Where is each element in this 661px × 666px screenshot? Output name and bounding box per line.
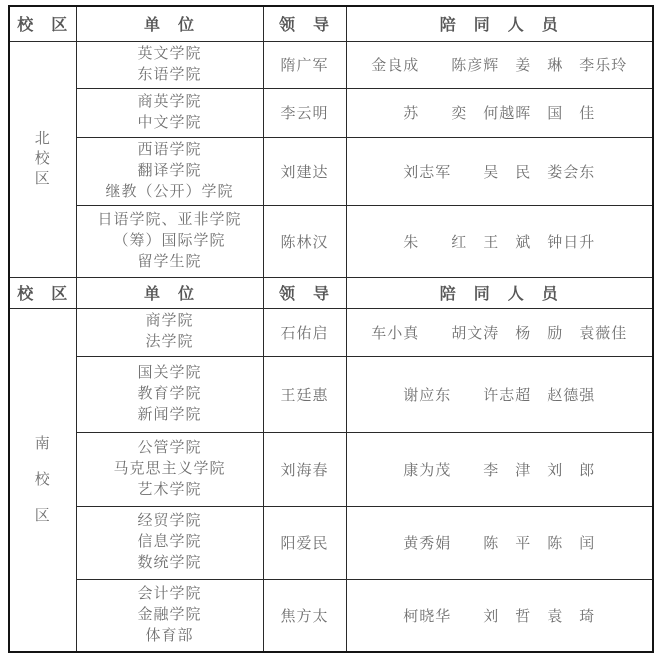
unit-line: 会计学院 <box>77 584 263 605</box>
document-page: 校 区 单 位 领 导 陪 同 人 员 北 校 区 英文学院 东语学院 <box>0 0 661 666</box>
attendants-cell: 谢应东 许志超 赵德强 <box>346 356 653 432</box>
table-row: 国关学院 教育学院 新闻学院 王廷惠 谢应东 许志超 赵德强 <box>9 356 653 432</box>
unit-line: 体育部 <box>77 626 263 647</box>
campus-vertical-label: 北 校 区 <box>10 129 76 189</box>
attendants-cell: 车小真 胡文涛 杨 励 袁薇佳 <box>346 308 653 356</box>
attendants-cell: 金良成 陈彦辉 姜 琳 李乐玲 <box>346 41 653 88</box>
unit-cell: 公管学院 马克思主义学院 艺术学院 <box>76 432 263 506</box>
campus-cell-south: 南 校 区 <box>9 308 76 652</box>
unit-line: 日语学院、亚非学院 <box>77 210 263 231</box>
unit-line: 数统学院 <box>77 553 263 574</box>
unit-cell: 商英学院 中文学院 <box>76 88 263 137</box>
header-campus: 校 区 <box>9 6 76 41</box>
header-row-south: 校 区 单 位 领 导 陪 同 人 员 <box>9 277 653 308</box>
unit-line: 新闻学院 <box>77 405 263 426</box>
attendants-cell: 柯晓华 刘 哲 袁 琦 <box>346 579 653 652</box>
unit-cell: 英文学院 东语学院 <box>76 41 263 88</box>
header-unit: 单 位 <box>76 277 263 308</box>
unit-line: 东语学院 <box>77 65 263 86</box>
table-row: 南 校 区 商学院 法学院 石佑启 车小真 胡文涛 杨 励 袁薇佳 <box>9 308 653 356</box>
table-row: 会计学院 金融学院 体育部 焦方太 柯晓华 刘 哲 袁 琦 <box>9 579 653 652</box>
leader-cell: 王廷惠 <box>263 356 346 432</box>
header-attendants: 陪 同 人 员 <box>346 277 653 308</box>
table-row: 日语学院、亚非学院 （筹）国际学院 留学生院 陈林汉 朱 红 王 斌 钟日升 <box>9 205 653 277</box>
unit-cell: 国关学院 教育学院 新闻学院 <box>76 356 263 432</box>
attendants-cell: 苏 奕 何越晖 国 佳 <box>346 88 653 137</box>
unit-line: 留学生院 <box>77 252 263 273</box>
unit-line: 西语学院 <box>77 140 263 161</box>
campus-vertical-label: 南 校 区 <box>10 426 76 534</box>
table-row: 西语学院 翻译学院 继教（公开）学院 刘建达 刘志军 吴 民 娄会东 <box>9 137 653 205</box>
unit-line: 翻译学院 <box>77 161 263 182</box>
campus-visit-schedule-table: 校 区 单 位 领 导 陪 同 人 员 北 校 区 英文学院 东语学院 <box>8 5 654 653</box>
header-attendants: 陪 同 人 员 <box>346 6 653 41</box>
header-campus: 校 区 <box>9 277 76 308</box>
table-row: 北 校 区 英文学院 东语学院 隋广军 金良成 陈彦辉 姜 琳 李乐玲 <box>9 41 653 88</box>
unit-line: 信息学院 <box>77 532 263 553</box>
leader-cell: 陈林汉 <box>263 205 346 277</box>
unit-cell: 日语学院、亚非学院 （筹）国际学院 留学生院 <box>76 205 263 277</box>
unit-line: 金融学院 <box>77 605 263 626</box>
leader-cell: 石佑启 <box>263 308 346 356</box>
unit-cell: 会计学院 金融学院 体育部 <box>76 579 263 652</box>
unit-line: 经贸学院 <box>77 511 263 532</box>
unit-line: 商学院 <box>77 311 263 332</box>
table-row: 公管学院 马克思主义学院 艺术学院 刘海春 康为茂 李 津 刘 郎 <box>9 432 653 506</box>
attendants-cell: 刘志军 吴 民 娄会东 <box>346 137 653 205</box>
unit-cell: 经贸学院 信息学院 数统学院 <box>76 506 263 579</box>
unit-line: 艺术学院 <box>77 480 263 501</box>
unit-line: 马克思主义学院 <box>77 459 263 480</box>
table-row: 经贸学院 信息学院 数统学院 阳爱民 黄秀娟 陈 平 陈 闰 <box>9 506 653 579</box>
leader-cell: 刘建达 <box>263 137 346 205</box>
leader-cell: 焦方太 <box>263 579 346 652</box>
attendants-cell: 朱 红 王 斌 钟日升 <box>346 205 653 277</box>
header-unit: 单 位 <box>76 6 263 41</box>
leader-cell: 李云明 <box>263 88 346 137</box>
unit-line: 国关学院 <box>77 363 263 384</box>
header-leader: 领 导 <box>263 277 346 308</box>
unit-line: 商英学院 <box>77 92 263 113</box>
unit-line: 继教（公开）学院 <box>77 182 263 203</box>
attendants-cell: 康为茂 李 津 刘 郎 <box>346 432 653 506</box>
unit-line: 教育学院 <box>77 384 263 405</box>
header-leader: 领 导 <box>263 6 346 41</box>
campus-cell-north: 北 校 区 <box>9 41 76 277</box>
unit-cell: 西语学院 翻译学院 继教（公开）学院 <box>76 137 263 205</box>
unit-line: 公管学院 <box>77 438 263 459</box>
leader-cell: 阳爱民 <box>263 506 346 579</box>
unit-line: （筹）国际学院 <box>77 231 263 252</box>
unit-line: 法学院 <box>77 332 263 353</box>
unit-line: 中文学院 <box>77 113 263 134</box>
attendants-cell: 黄秀娟 陈 平 陈 闰 <box>346 506 653 579</box>
table-row: 商英学院 中文学院 李云明 苏 奕 何越晖 国 佳 <box>9 88 653 137</box>
leader-cell: 刘海春 <box>263 432 346 506</box>
unit-line: 英文学院 <box>77 44 263 65</box>
leader-cell: 隋广军 <box>263 41 346 88</box>
header-row-north: 校 区 单 位 领 导 陪 同 人 员 <box>9 6 653 41</box>
unit-cell: 商学院 法学院 <box>76 308 263 356</box>
